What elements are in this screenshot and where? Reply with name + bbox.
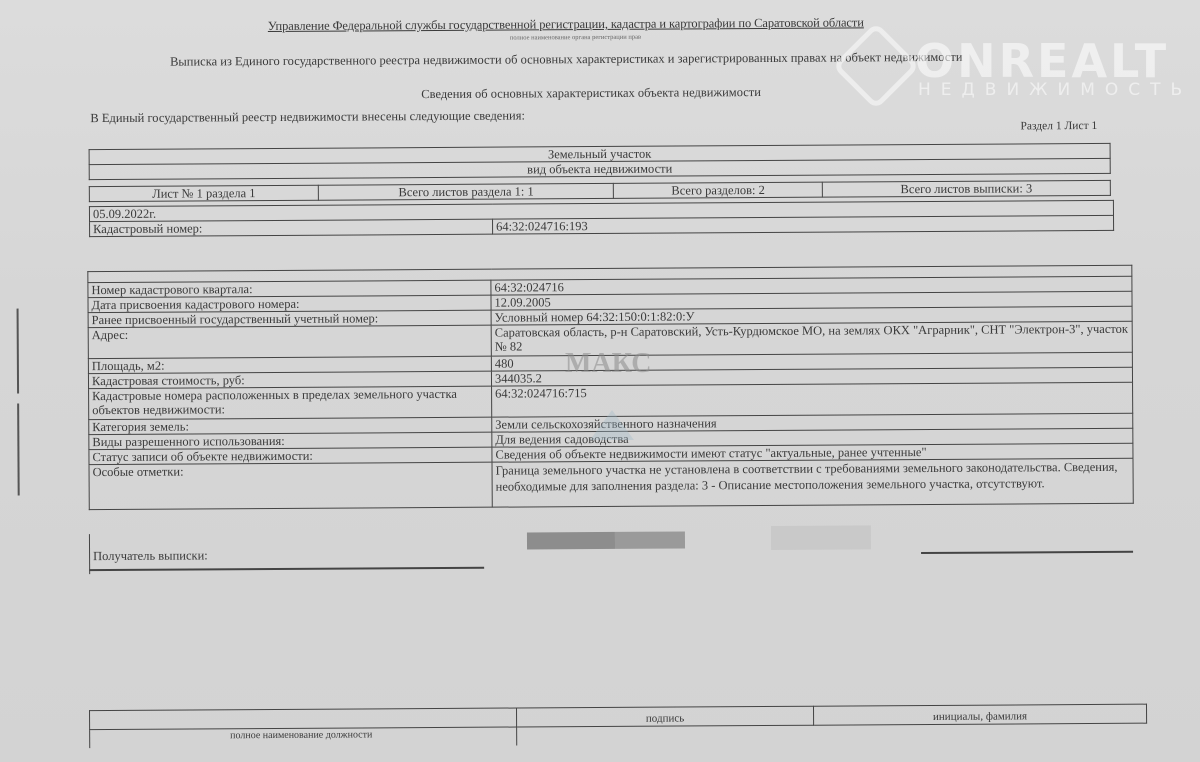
empty-cell [814,723,1147,744]
section-reference: Раздел 1 Лист 1 [1020,120,1097,132]
cadastral-number-label: Кадастровый номер: [90,219,493,236]
organization-name: Управление Федеральной службы государств… [268,15,864,34]
redacted-block [527,532,615,550]
sheets-table: Лист № 1 раздела 1 Всего листов раздела … [89,180,1111,202]
mountain-logo-icon [590,410,634,440]
table-left-border [89,534,90,574]
section-title: Сведения об основных характеристиках объ… [421,85,761,102]
name-caption: инициалы, фамилия [813,704,1146,725]
overlay-watermark: МАКС [565,348,651,380]
sheets-total: Всего листов выписки: 3 [822,180,1110,197]
recipient-label: Получатель выписки: [93,548,208,564]
redacted-block [615,531,685,548]
extract-document: Управление Федеральной службы государств… [0,0,1200,762]
signature-caption: подпись [517,706,814,727]
recipient-underline [89,567,484,571]
position-caption: полное наименование должности [90,727,517,748]
characteristics-table: Номер кадастрового квартала:64:32:024716… [87,265,1133,510]
signature-line [921,551,1133,554]
staple-mark [17,404,19,496]
object-type-table: Земельный участок вид объекта недвижимос… [89,143,1111,180]
intro-text: В Единый государственный реестр недвижим… [90,108,525,126]
table-row: Особые отметки:Граница земельного участк… [89,458,1133,509]
sections-total: Всего разделов: 2 [614,182,823,198]
organization-caption: полное наименование органа регистрации п… [510,34,641,42]
cadastral-number-value: 64:32:024716:193 [493,215,1114,234]
redacted-block [771,525,871,550]
empty-cell [517,725,814,745]
signature-table: подпись инициалы, фамилия полное наимено… [89,704,1147,748]
sheets-in-section: Всего листов раздела 1: 1 [318,183,613,200]
cadastral-table: 05.09.2022г. Кадастровый номер: 64:32:02… [89,200,1114,237]
staple-mark [17,309,19,394]
position-cell [90,708,517,730]
sheet-number: Лист № 1 раздела 1 [89,185,318,201]
brand-watermark-subtitle: НЕДВИЖИМОСТЬ [918,80,1192,100]
